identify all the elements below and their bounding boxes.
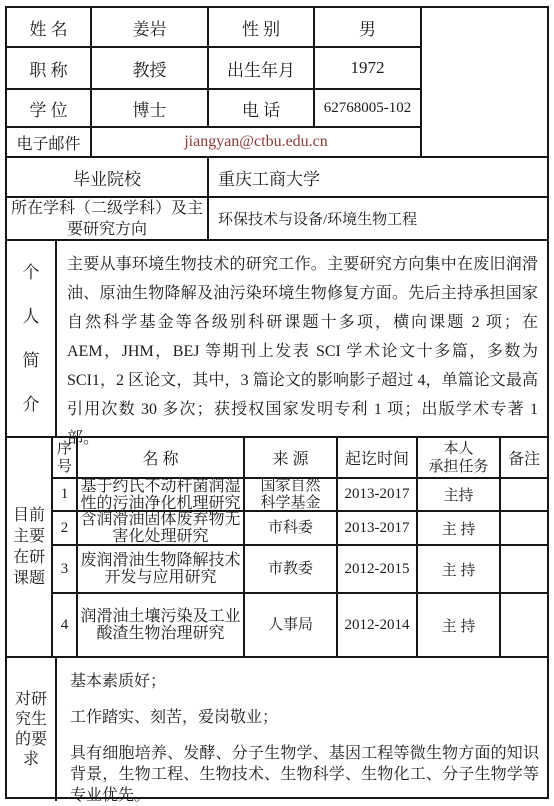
project-no: 4 bbox=[53, 594, 78, 658]
discipline-row: 所在学科（二级学科）及主要研究方向 环保技术与设备/环境生物工程 bbox=[7, 198, 547, 241]
project-role: 主 持 bbox=[418, 594, 501, 658]
project-row: 2 含润滑油固体废弃物无害化处理研究 市科委 2013-2017 主 持 bbox=[53, 512, 547, 546]
requirement-paragraph: 工作踏实、刻苦，爱岗敬业； bbox=[70, 707, 539, 728]
birth-value: 1972 bbox=[315, 48, 422, 90]
header-period: 起讫时间 bbox=[338, 438, 418, 479]
requirements-section: 对研 究生 的要 求 基本素质好； 工作踏实、刻苦，爱岗敬业； 具有细胞培养、发… bbox=[7, 658, 547, 801]
birth-label: 出生年月 bbox=[209, 48, 315, 90]
title-value: 教授 bbox=[92, 48, 209, 90]
project-name: 基于约氏不动杆菌润湿性的污油净化机理研究 bbox=[78, 479, 245, 512]
school-value: 重庆工商大学 bbox=[209, 158, 547, 198]
project-period: 2012-2014 bbox=[338, 594, 418, 658]
name-value: 姜岩 bbox=[92, 8, 209, 48]
project-row: 3 废润滑油生物降解技术开发与应用研究 市教委 2012-2015 主 持 bbox=[53, 546, 547, 594]
profile-text: 主要从事环境生物技术的研究工作。主要研究方向集中在废旧润滑油、原油生物降解及油污… bbox=[57, 241, 547, 438]
profile-label: 个 人 简 介 bbox=[7, 241, 57, 438]
header-role: 本人 承担任务 bbox=[418, 438, 501, 479]
header-note: 备注 bbox=[501, 438, 547, 479]
project-row: 4 润滑油土壤污染及工业酸渣生物治理研究 人事局 2012-2014 主 持 bbox=[53, 594, 547, 658]
basic-info-section: 姓 名 姜岩 性 别 男 职 称 教授 出生年月 1972 学 位 博士 电 话… bbox=[7, 8, 547, 158]
phone-value: 62768005-102 bbox=[315, 90, 422, 128]
requirement-paragraph: 具有细胞培养、发酵、分子生物学、基因工程等微生物方面的知识背景，生物工程、生物技… bbox=[70, 743, 539, 806]
project-no: 1 bbox=[53, 479, 78, 512]
header-source: 来 源 bbox=[245, 438, 338, 479]
gender-label: 性 别 bbox=[209, 8, 315, 48]
project-period: 2013-2017 bbox=[338, 479, 418, 512]
project-source: 人事局 bbox=[245, 594, 338, 658]
degree-label: 学 位 bbox=[7, 90, 92, 128]
gender-value: 男 bbox=[315, 8, 422, 48]
project-name: 废润滑油生物降解技术开发与应用研究 bbox=[78, 546, 245, 594]
requirements-text: 基本素质好； 工作踏实、刻苦，爱岗敬业； 具有细胞培养、发酵、分子生物学、基因工… bbox=[57, 658, 547, 801]
project-note bbox=[501, 546, 547, 594]
photo-placeholder bbox=[422, 8, 547, 158]
project-source: 市科委 bbox=[245, 512, 338, 546]
degree-value: 博士 bbox=[92, 90, 209, 128]
header-no: 序 号 bbox=[53, 438, 78, 479]
project-source: 市教委 bbox=[245, 546, 338, 594]
project-name: 润滑油土壤污染及工业酸渣生物治理研究 bbox=[78, 594, 245, 658]
email-value: jiangyan@ctbu.edu.cn bbox=[92, 128, 422, 158]
requirement-paragraph: 基本素质好； bbox=[70, 671, 539, 692]
project-name: 含润滑油固体废弃物无害化处理研究 bbox=[78, 512, 245, 546]
email-label: 电子邮件 bbox=[7, 128, 92, 158]
project-note bbox=[501, 594, 547, 658]
project-source: 国家自然科学基金 bbox=[245, 479, 338, 512]
project-period: 2012-2015 bbox=[338, 546, 418, 594]
school-row: 毕业院校 重庆工商大学 bbox=[7, 158, 547, 198]
requirements-label: 对研 究生 的要 求 bbox=[7, 658, 57, 801]
projects-header-row: 序 号 名 称 来 源 起讫时间 本人 承担任务 备注 bbox=[53, 438, 547, 479]
project-row: 1 基于约氏不动杆菌润湿性的污油净化机理研究 国家自然科学基金 2013-201… bbox=[53, 479, 547, 512]
projects-section: 目前 主要 在研 课题 序 号 名 称 来 源 起讫时间 本人 承担任务 备注 … bbox=[7, 438, 547, 658]
project-note bbox=[501, 479, 547, 512]
project-no: 3 bbox=[53, 546, 78, 594]
advisor-info-table: 姓 名 姜岩 性 别 男 职 称 教授 出生年月 1972 学 位 博士 电 话… bbox=[5, 6, 549, 799]
project-no: 2 bbox=[53, 512, 78, 546]
project-role: 主持 bbox=[418, 479, 501, 512]
projects-label: 目前 主要 在研 课题 bbox=[7, 438, 53, 658]
project-note bbox=[501, 512, 547, 546]
project-role: 主 持 bbox=[418, 546, 501, 594]
projects-table: 序 号 名 称 来 源 起讫时间 本人 承担任务 备注 1 基于约氏不动杆菌润湿… bbox=[53, 438, 547, 658]
school-label: 毕业院校 bbox=[7, 158, 209, 198]
header-name: 名 称 bbox=[78, 438, 245, 479]
title-label: 职 称 bbox=[7, 48, 92, 90]
project-period: 2013-2017 bbox=[338, 512, 418, 546]
profile-section: 个 人 简 介 主要从事环境生物技术的研究工作。主要研究方向集中在废旧润滑油、原… bbox=[7, 241, 547, 438]
project-role: 主 持 bbox=[418, 512, 501, 546]
discipline-label: 所在学科（二级学科）及主要研究方向 bbox=[7, 198, 209, 241]
phone-label: 电 话 bbox=[209, 90, 315, 128]
discipline-value: 环保技术与设备/环境生物工程 bbox=[209, 198, 547, 241]
name-label: 姓 名 bbox=[7, 8, 92, 48]
